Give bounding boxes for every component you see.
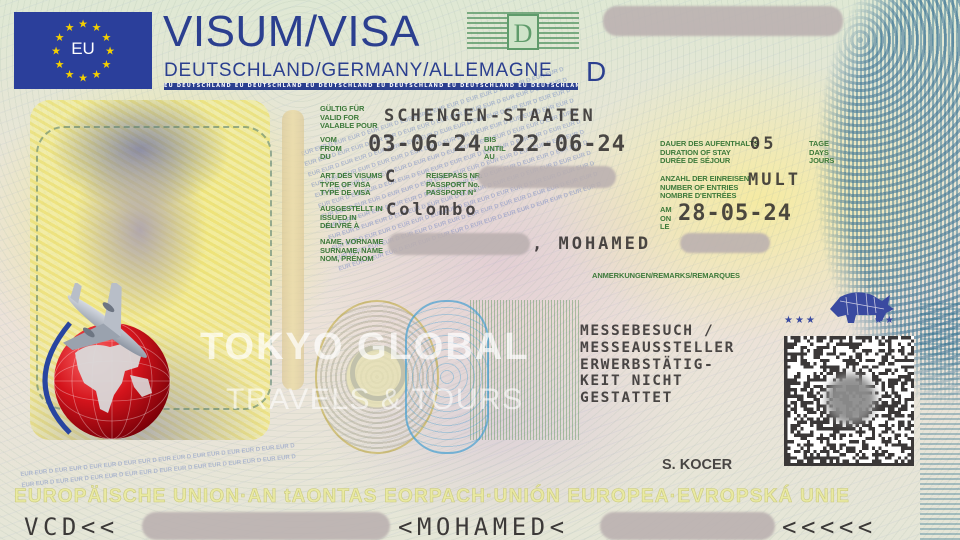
svg-text:★: ★ xyxy=(78,18,88,31)
microprint: EUR EUR D EUR EUR D EUR EUR D EUR EUR D … xyxy=(20,441,296,492)
valid-for-value: SCHENGEN-STAATEN xyxy=(384,106,596,126)
eu-flag-icon: ★★★★★★★★★★★★ EU xyxy=(14,12,152,89)
visa-title: VISUM/VISA xyxy=(163,6,420,58)
issued-in-label: AUSGESTELLT IN ISSUED IN DÉLIVRÉ À xyxy=(320,205,383,231)
duration-value: 05 xyxy=(750,134,776,154)
stars-icon: ★★★ ★★ xyxy=(784,315,896,326)
travel-agency-globe-logo-icon xyxy=(30,283,200,443)
type-of-visa-label: ART DES VISUMS TYPE OF VISA TYPE DE VISA xyxy=(320,172,382,198)
passport-no-label: REISEPASS NR. PASSPORT No. PASSPORT N° xyxy=(426,172,482,198)
redacted-passport-number xyxy=(478,166,616,188)
issued-in-value: Colombo xyxy=(386,200,479,220)
svg-text:★: ★ xyxy=(65,21,75,34)
svg-text:★: ★ xyxy=(55,58,65,71)
mrz-given-name: <MOHAMED< xyxy=(398,513,569,540)
redacted-mrz-tail xyxy=(600,512,775,540)
svg-text:★: ★ xyxy=(92,68,102,81)
svg-text:★: ★ xyxy=(92,21,102,34)
name-value: , MOHAMED xyxy=(532,234,651,254)
eu-badge-label: EU xyxy=(14,39,152,59)
issued-on-value: 28-05-24 xyxy=(678,201,792,226)
country-code: D xyxy=(586,56,606,88)
redacted-visa-number xyxy=(603,6,843,36)
security-pattern-edge xyxy=(920,300,960,540)
redacted-barcode-region xyxy=(826,374,876,424)
duration-unit: TAGE DAYS JOURS xyxy=(809,140,834,166)
microprint-band: EU DEUTSCHLAND EU DEUTSCHLAND EU DEUTSCH… xyxy=(164,83,578,90)
mrz-filler: <<<<< xyxy=(782,513,877,540)
issuing-officer: S. KOCER xyxy=(662,457,732,473)
redacted-surname xyxy=(388,233,530,255)
mrz-line: VCD<< xyxy=(24,513,119,540)
svg-text:★: ★ xyxy=(101,58,111,71)
watermark-line1: TOKYO GLOBAL xyxy=(200,326,529,369)
watermark-line2: TRAVELS & TOURS xyxy=(226,383,524,417)
hologram-kinegram xyxy=(405,300,489,454)
issuing-country: DEUTSCHLAND/GERMANY/ALLEMAGNE xyxy=(164,60,553,82)
from-value: 03-06-24 xyxy=(368,132,482,157)
remarks-label: ANMERKUNGEN/REMARKS/REMARQUES xyxy=(592,272,740,281)
svg-text:★: ★ xyxy=(65,68,75,81)
schengen-visa-sticker: EUR EUR D EUR EUR D EUR EUR D EUR EUR D … xyxy=(0,0,960,540)
svg-text:★: ★ xyxy=(78,72,88,85)
emblem-letter: D xyxy=(507,14,539,50)
entries-label: ANZAHL DER EINREISEN NUMBER OF ENTRIES N… xyxy=(660,175,749,201)
entries-value: MULT xyxy=(748,170,801,190)
issued-on-label: AM ON LE xyxy=(660,206,671,232)
until-value: 22-06-24 xyxy=(512,132,626,157)
redacted-given-name xyxy=(680,233,770,253)
name-label: NAME, VORNAME SURNAME, NAME NOM, PRÉNOM xyxy=(320,238,383,264)
mrz-prefix: VCD<< xyxy=(24,513,119,540)
valid-for-label: GÜLTIG FÜR VALID FOR VALABLE POUR xyxy=(320,105,377,131)
duration-label: DAUER DES AUFENTHALTS DURATION OF STAY D… xyxy=(660,140,759,166)
eu-union-multilingual: EUROPÄISCHE UNION·AN tAONTAS EORPACH·UNI… xyxy=(14,486,850,508)
remarks-value: MESSEBESUCH / MESSEAUSSTELLER ERWERBSTÄT… xyxy=(580,323,735,407)
until-label: BIS UNTIL AU xyxy=(484,136,506,162)
redacted-mrz-surname xyxy=(142,512,390,540)
type-of-visa-value: C xyxy=(385,167,398,187)
from-label: VOM FROM DU xyxy=(320,136,342,162)
